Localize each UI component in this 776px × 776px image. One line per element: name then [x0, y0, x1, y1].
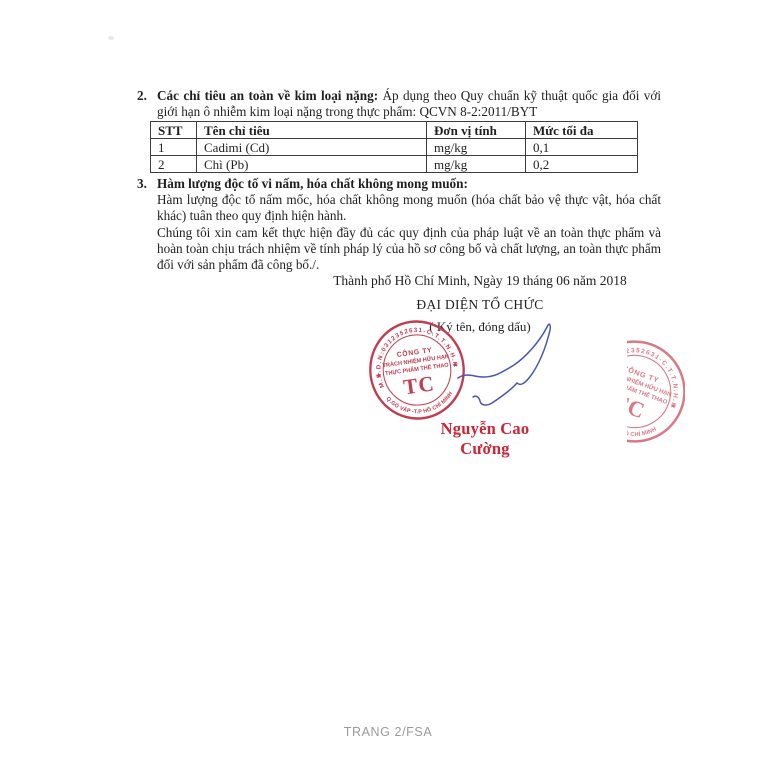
- table-header-unit: Đơn vị tính: [427, 122, 526, 139]
- signer-name: Nguyễn Cao Cường: [425, 419, 545, 459]
- section-2-body: Các chỉ tiêu an toàn về kim loại nặng: Á…: [157, 88, 661, 120]
- signature: [450, 315, 560, 410]
- section-2-heading: Các chỉ tiêu an toàn về kim loại nặng:: [157, 88, 378, 103]
- table-cell-stt: 2: [151, 156, 197, 173]
- table-header-row: STT Tên chỉ tiêu Đơn vị tính Mức tối đa: [151, 122, 638, 139]
- section-3-heading: Hàm lượng độc tố vi nấm, hóa chất không …: [157, 176, 661, 192]
- table-cell-unit: mg/kg: [427, 156, 526, 173]
- table-cell-max: 0,1: [526, 139, 638, 156]
- section-2: 2. Các chỉ tiêu an toàn về kim loại nặng…: [137, 88, 661, 120]
- section-3-number: 3.: [137, 176, 157, 273]
- table-cell-unit: mg/kg: [427, 139, 526, 156]
- table-header-criterion: Tên chỉ tiêu: [197, 122, 427, 139]
- table-cell-criterion: Cadimi (Cd): [197, 139, 427, 156]
- page-footer: TRANG 2/FSA: [0, 725, 776, 739]
- heavy-metals-table: STT Tên chỉ tiêu Đơn vị tính Mức tối đa …: [150, 121, 638, 173]
- signature-stroke: [458, 324, 550, 405]
- section-3-body: Hàm lượng độc tố vi nấm, hóa chất không …: [157, 176, 661, 273]
- document-page: 2. Các chỉ tiêu an toàn về kim loại nặng…: [0, 0, 776, 776]
- table-cell-max: 0,2: [526, 156, 638, 173]
- table-header-stt: STT: [151, 122, 197, 139]
- partial-company-stamp: M.S.D.N:0312352631-C.T.T.N.H.H Q.GÒ VẤP …: [627, 336, 685, 452]
- table-cell-stt: 1: [151, 139, 197, 156]
- star-icon: ★: [375, 371, 382, 380]
- section-3-paragraph: Hàm lượng độc tố nấm mốc, hóa chất không…: [157, 192, 661, 224]
- partial-stamp-clip: M.S.D.N:0312352631-C.T.T.N.H.H Q.GÒ VẤP …: [627, 336, 685, 452]
- section-3-paragraph: Chúng tôi xin cam kết thực hiện đầy đủ c…: [157, 225, 661, 274]
- table-header-max: Mức tối đa: [526, 122, 638, 139]
- place-date-line: Thành phố Hồ Chí Minh, Ngày 19 tháng 06 …: [320, 273, 640, 289]
- table-row: 2 Chì (Pb) mg/kg 0,2: [151, 156, 638, 173]
- star-icon: ★: [669, 400, 679, 411]
- representative-title: ĐẠI DIỆN TỔ CHỨC: [320, 297, 640, 313]
- stamp-monogram: TC: [402, 371, 437, 400]
- table-row: 1 Cadimi (Cd) mg/kg 0,1: [151, 139, 638, 156]
- section-3: 3. Hàm lượng độc tố vi nấm, hóa chất khô…: [137, 176, 661, 273]
- table-cell-criterion: Chì (Pb): [197, 156, 427, 173]
- scan-artifact: [108, 36, 114, 40]
- section-2-number: 2.: [137, 88, 157, 120]
